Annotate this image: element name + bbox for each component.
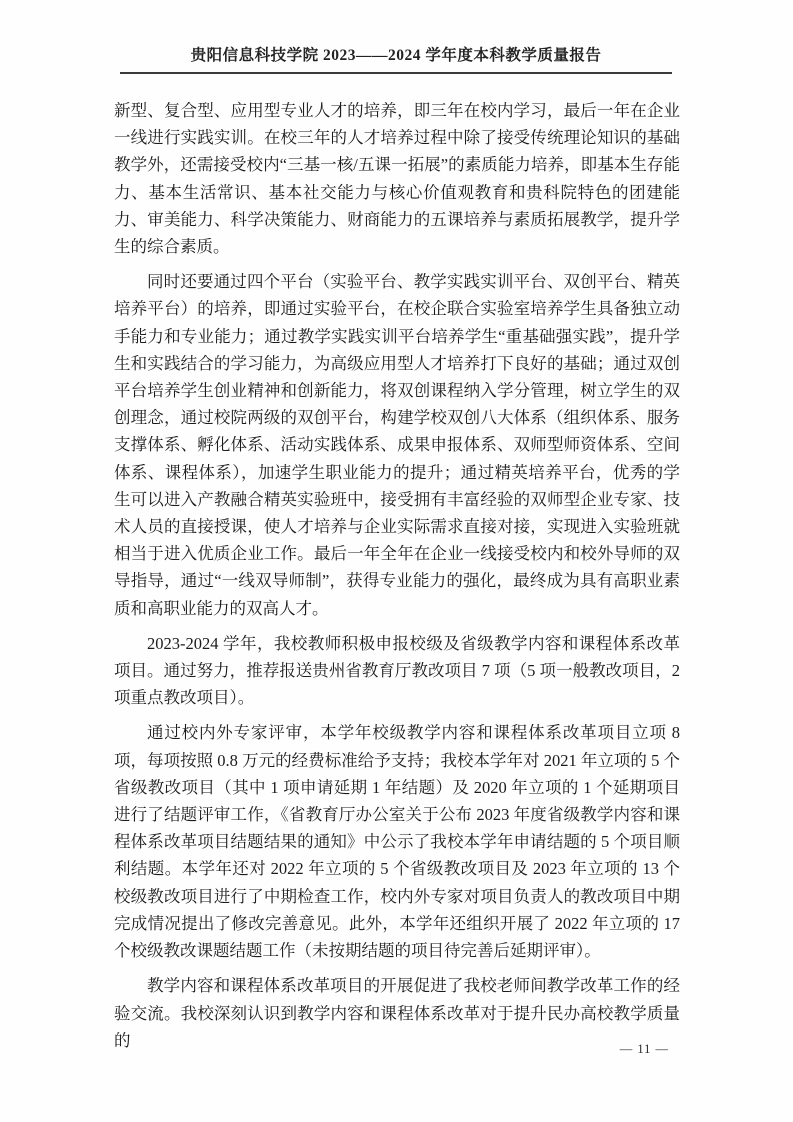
paragraph-four-platforms: 同时还要通过四个平台（实验平台、教学实践实训平台、双创平台、精英培养平台）的培养…: [114, 268, 680, 622]
header-title: 贵阳信息科技学院 2023——2024 学年度本科教学质量报告: [191, 47, 602, 64]
document-page: 贵阳信息科技学院 2023——2024 学年度本科教学质量报告 新型、复合型、应…: [0, 0, 793, 1122]
page-number: — 11 —: [620, 1042, 669, 1056]
document-body: 新型、复合型、应用型专业人才的培养，即三年在校内学习，最后一年在企业一线进行实践…: [114, 97, 680, 1062]
page-header: 贵阳信息科技学院 2023——2024 学年度本科教学质量报告: [120, 46, 672, 74]
page-footer: — 11 —: [0, 1042, 793, 1057]
paragraph-expert-review: 通过校内外专家评审，本学年校级教学内容和课程体系改革项目立项 8 项，每项按照 …: [114, 719, 680, 964]
paragraph-project-applications: 2023-2024 学年，我校教师积极申报校级及省级教学内容和课程体系改革项目。…: [114, 630, 680, 712]
paragraph-continuation: 新型、复合型、应用型专业人才的培养，即三年在校内学习，最后一年在企业一线进行实践…: [114, 97, 680, 260]
